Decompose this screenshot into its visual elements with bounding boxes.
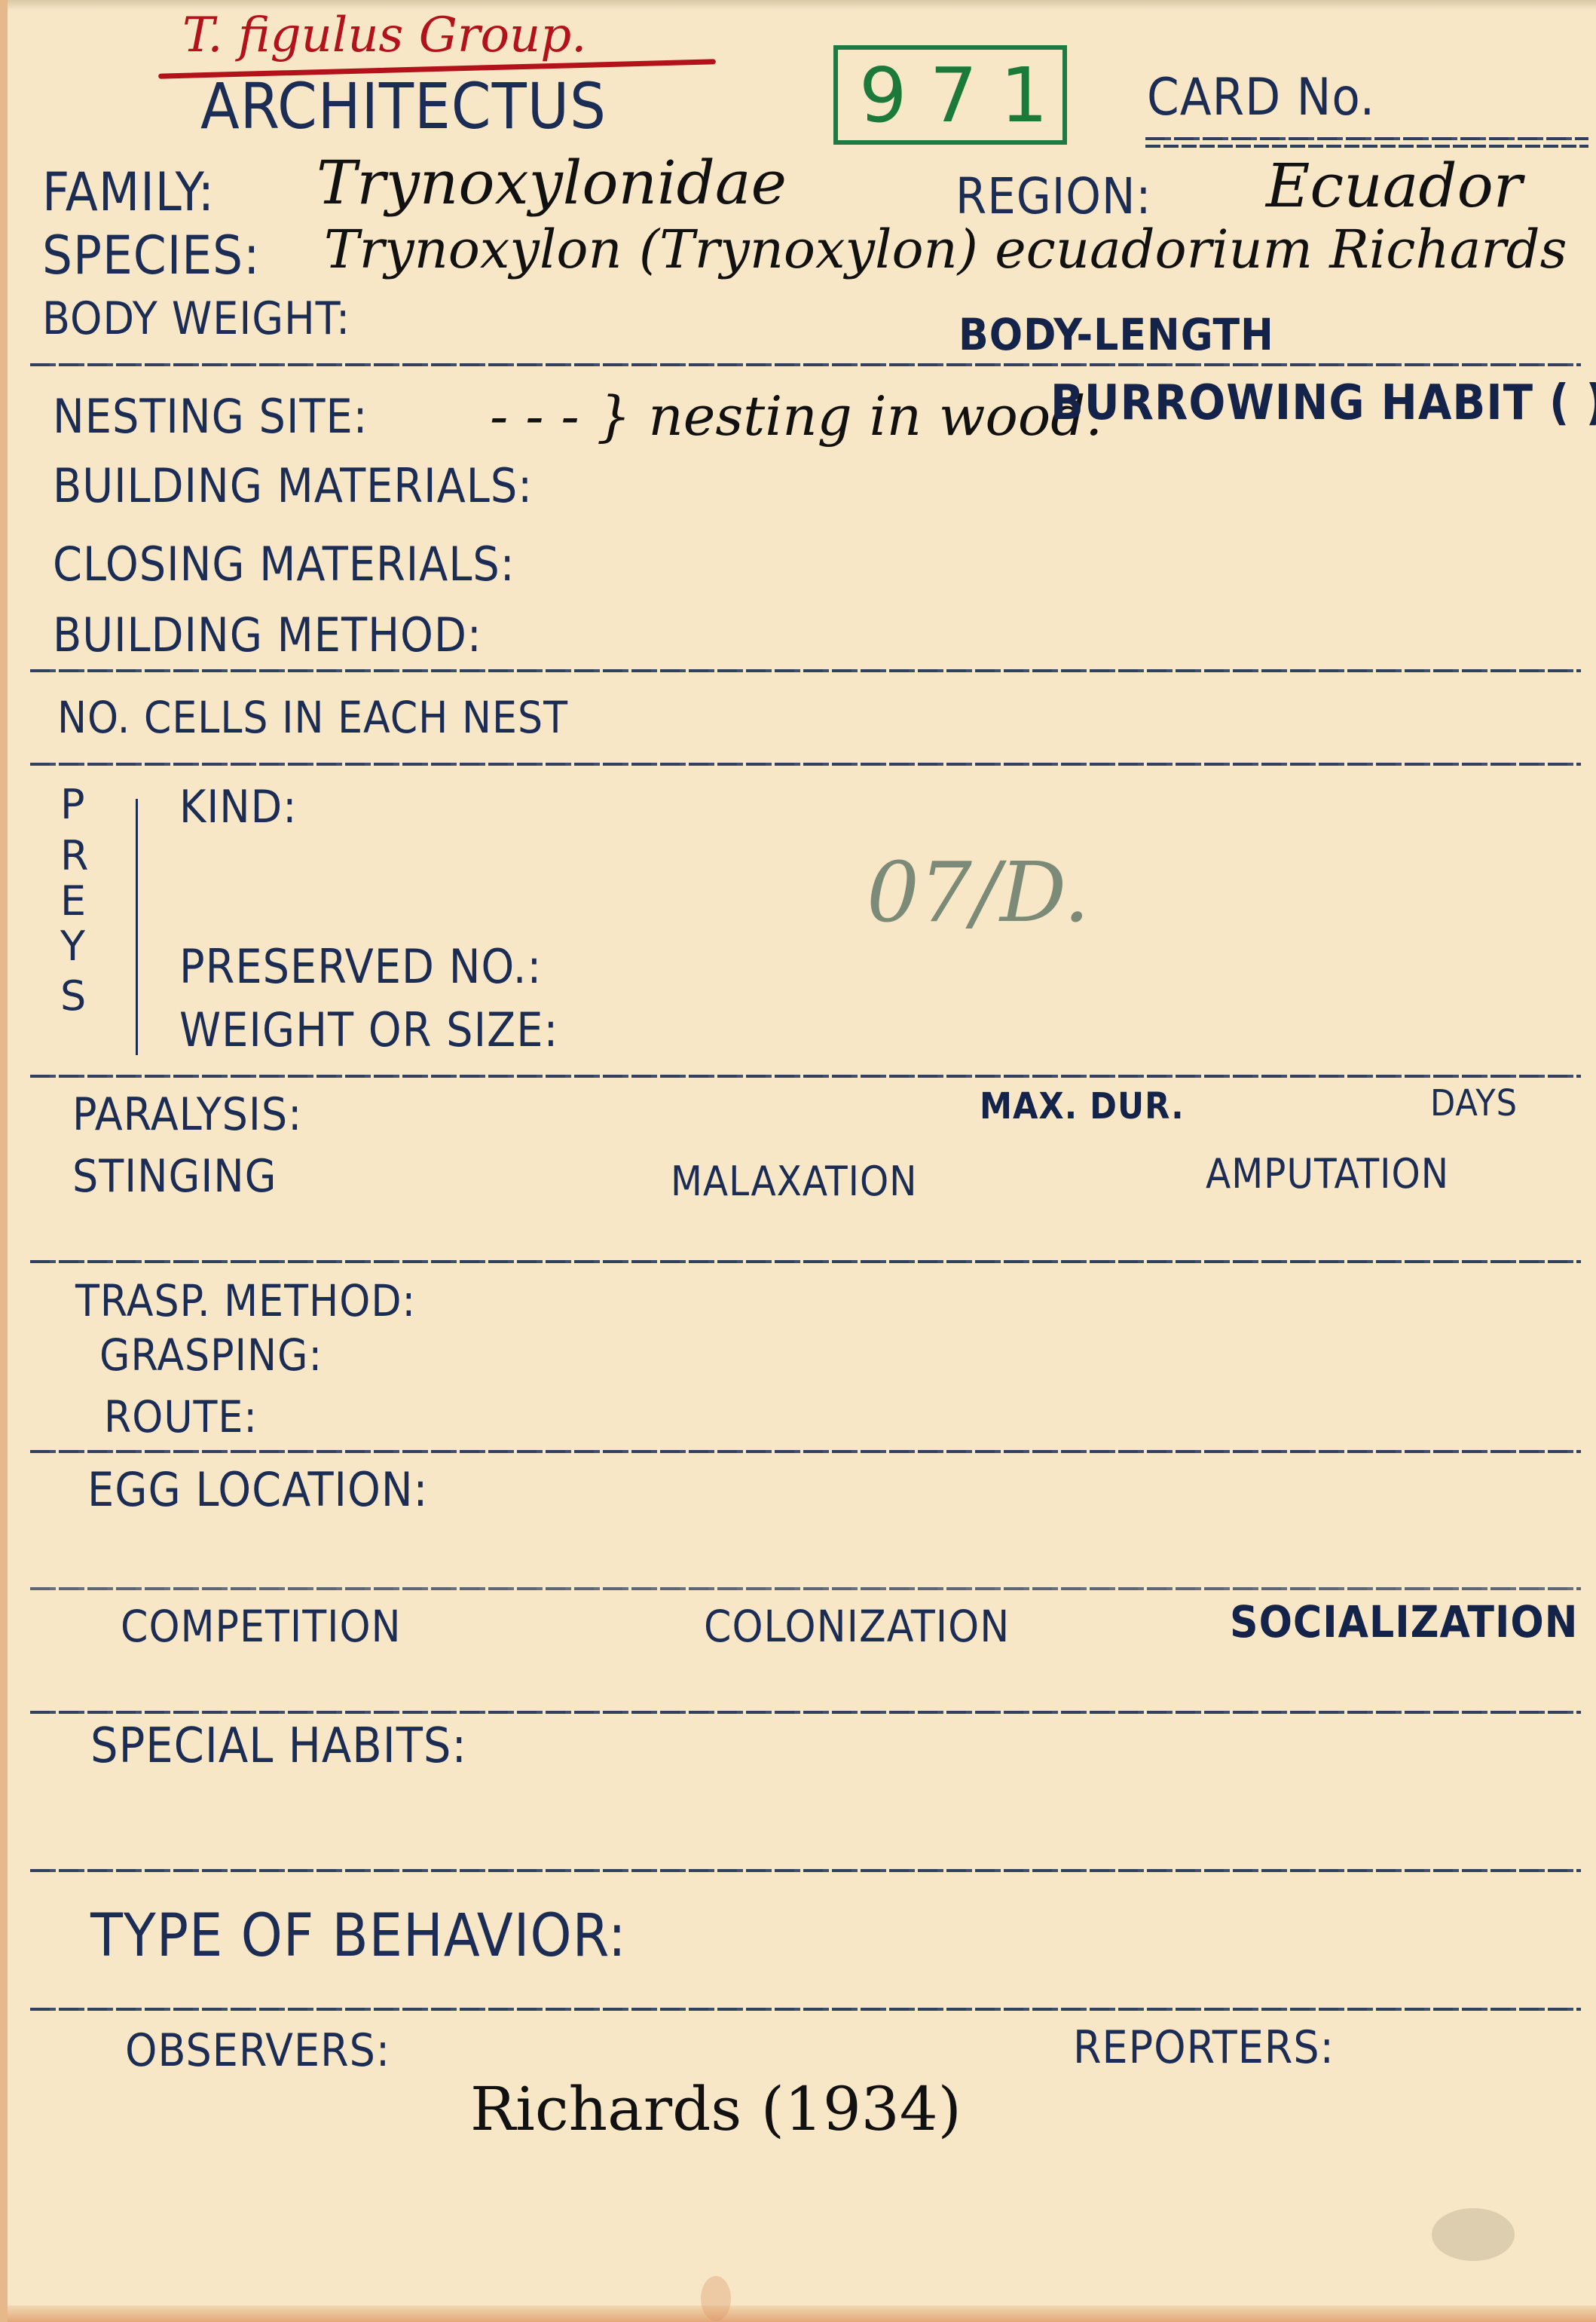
section-divider bbox=[30, 1587, 1581, 1590]
type-of-behavior-label: TYPE OF BEHAVIOR: bbox=[90, 1902, 627, 1970]
colonization-label: COLONIZATION bbox=[704, 1601, 1010, 1652]
transport-method-label: TRASP. METHOD: bbox=[75, 1275, 416, 1326]
section-divider bbox=[30, 363, 1581, 366]
body-length-label: BODY-LENGTH bbox=[959, 309, 1274, 360]
days-label: DAYS bbox=[1430, 1082, 1518, 1124]
socialization-label: SOCIALIZATION bbox=[1230, 1596, 1578, 1647]
section-divider bbox=[30, 1260, 1581, 1263]
grasping-label: GRASPING: bbox=[99, 1329, 323, 1381]
index-card: T. figulus Group. ARCHITECTUS 971 CARD N… bbox=[0, 0, 1596, 2322]
preys-letter: Y bbox=[60, 922, 85, 970]
closing-materials-label: CLOSING MATERIALS: bbox=[53, 537, 515, 592]
preserved-no-label: PRESERVED NO.: bbox=[179, 939, 542, 994]
family-value: Trynoxylonidae bbox=[316, 148, 787, 218]
stain-mark bbox=[1432, 2208, 1515, 2261]
section-divider bbox=[30, 1450, 1581, 1453]
route-label: ROUTE: bbox=[104, 1391, 258, 1442]
preys-divider bbox=[136, 799, 138, 1055]
section-divider bbox=[30, 1075, 1581, 1078]
section-divider bbox=[30, 1711, 1581, 1714]
competition-label: COMPETITION bbox=[121, 1601, 402, 1652]
pencil-note: 07/D. bbox=[867, 844, 1090, 941]
card-no-label: CARD No. bbox=[1147, 68, 1375, 127]
amputation-label: AMPUTATION bbox=[1206, 1150, 1449, 1198]
species-value: Trynoxylon (Trynoxylon) ecuadorium Richa… bbox=[324, 219, 1567, 280]
group-note: T. figulus Group. bbox=[182, 8, 587, 63]
prey-kind-label: KIND: bbox=[179, 781, 297, 834]
stain-mark bbox=[701, 2276, 731, 2321]
stinging-label: STINGING bbox=[72, 1150, 277, 1203]
max-duration-label: MAX. DUR. bbox=[980, 1085, 1185, 1127]
building-materials-label: BUILDING MATERIALS: bbox=[53, 458, 533, 513]
paralysis-label: PARALYSIS: bbox=[72, 1088, 302, 1141]
preys-letter: R bbox=[60, 832, 89, 880]
nesting-note: - - - } nesting in wood. bbox=[490, 384, 1102, 448]
building-method-label: BUILDING METHOD: bbox=[53, 607, 482, 662]
preys-letter: S bbox=[60, 972, 86, 1020]
observers-value: Richards (1934) bbox=[470, 2074, 962, 2144]
nesting-site-label: NESTING SITE: bbox=[53, 389, 368, 444]
weight-or-size-label: WEIGHT OR SIZE: bbox=[179, 1002, 558, 1057]
card-number: 971 bbox=[859, 51, 1071, 139]
card-number-box: 971 bbox=[833, 45, 1067, 145]
malaxation-label: MALAXATION bbox=[671, 1158, 918, 1205]
reporters-label: REPORTERS: bbox=[1073, 2021, 1335, 2074]
preys-letter: E bbox=[60, 877, 86, 925]
cells-per-nest-label: NO. CELLS IN EACH NEST bbox=[57, 692, 568, 743]
body-weight-label: BODY WEIGHT: bbox=[42, 292, 350, 345]
section-divider bbox=[30, 2008, 1581, 2011]
card-title: ARCHITECTUS bbox=[200, 69, 607, 143]
species-label: SPECIES: bbox=[42, 225, 260, 286]
section-divider bbox=[30, 763, 1581, 766]
preys-letter: P bbox=[60, 781, 85, 828]
family-label: FAMILY: bbox=[42, 161, 215, 223]
section-divider bbox=[30, 1869, 1581, 1872]
section-divider bbox=[30, 669, 1581, 672]
region-value: Ecuador bbox=[1266, 151, 1522, 221]
egg-location-label: EGG LOCATION: bbox=[87, 1462, 428, 1517]
observers-label: OBSERVERS: bbox=[125, 2024, 390, 2077]
special-habits-label: SPECIAL HABITS: bbox=[90, 1718, 467, 1774]
card-bottom-edge bbox=[8, 2305, 1596, 2322]
card-no-underline bbox=[1145, 137, 1588, 140]
burrowing-habit-label: BURROWING HABIT ( ) bbox=[1050, 375, 1596, 431]
region-label: REGION: bbox=[955, 167, 1151, 225]
